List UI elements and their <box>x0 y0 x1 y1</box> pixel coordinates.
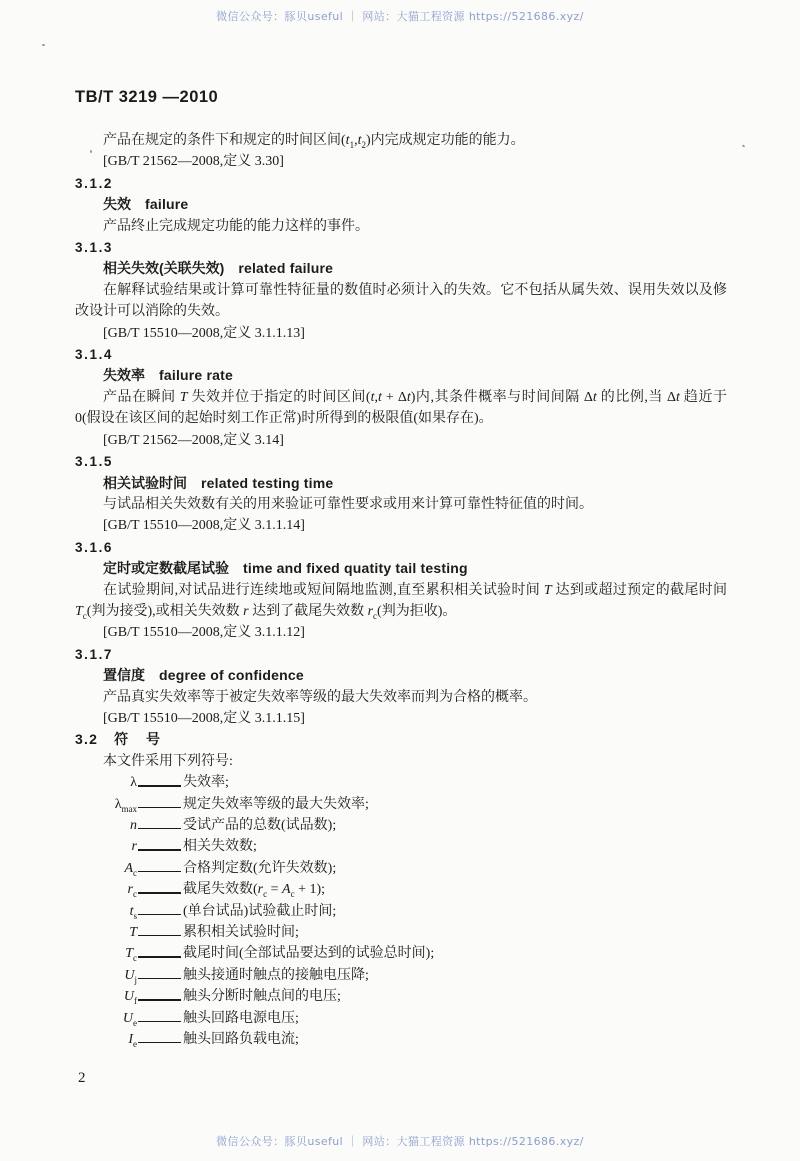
clause-number: 3.1.4 <box>75 344 727 365</box>
watermark-bottom: 微信公众号：豚贝useful ｜ 网站：大猫工程资源 https://52168… <box>0 1133 800 1149</box>
symbol-letter: n <box>130 818 137 833</box>
dash-connector <box>137 836 183 857</box>
dash-connector <box>137 943 183 964</box>
term-chinese: 失效 <box>103 196 131 212</box>
symbol: n <box>75 815 137 836</box>
scan-speck <box>42 44 45 46</box>
term-chinese: 失效率 <box>103 367 145 383</box>
symbol-definition: T累积相关试验时间; <box>75 922 727 943</box>
symbol-description: 累积相关试验时间; <box>183 922 727 943</box>
clause-number: 3.1.3 <box>75 237 727 258</box>
term-english: time and fixed quatity tail testing <box>243 560 468 576</box>
paragraph: 本文件采用下列符号: <box>75 751 727 772</box>
symbol-description: 截尾时间(全部试品要达到的试验总时间); <box>183 943 727 964</box>
dash-connector <box>137 772 183 793</box>
term-english: failure rate <box>159 367 233 383</box>
dash-connector <box>137 965 183 986</box>
source-reference: [GB/T 15510—2008,定义 3.1.1.15] <box>75 708 727 729</box>
clause-number: 3.1.7 <box>75 644 727 665</box>
scan-speck <box>742 144 746 147</box>
symbol: ts <box>75 901 137 922</box>
source-reference: [GB/T 15510—2008,定义 3.1.1.14] <box>75 515 727 536</box>
symbol-letter: λ <box>130 775 137 790</box>
dash-connector <box>137 858 183 879</box>
symbol-description: 合格判定数(允许失效数); <box>183 858 727 879</box>
symbol: r <box>75 836 137 857</box>
symbol: rc <box>75 879 137 900</box>
symbol-subscript: max <box>122 803 138 813</box>
term-english: related failure <box>238 260 333 276</box>
section-heading: 3.2符 号 <box>75 729 727 750</box>
symbol-description: 截尾失效数(rc = Ac + 1); <box>183 879 727 900</box>
symbol-letter: U <box>124 968 134 983</box>
term-english: degree of confidence <box>159 667 304 683</box>
symbol-definition: rc截尾失效数(rc = Ac + 1); <box>75 879 727 900</box>
term-chinese: 置信度 <box>103 667 145 683</box>
term-heading: 置信度degree of confidence <box>75 665 727 686</box>
symbol-description: 触头回路负载电流; <box>183 1029 727 1050</box>
symbol-description: (单台试品)试验截止时间; <box>183 901 727 922</box>
section-number: 3.2 <box>75 731 98 747</box>
dash-connector <box>137 901 183 922</box>
clause-number: 3.1.2 <box>75 173 727 194</box>
watermark-top: 微信公众号：豚贝useful ｜ 网站：大猫工程资源 https://52168… <box>0 8 800 24</box>
page-number: 2 <box>78 1070 86 1087</box>
paragraph: 产品终止完成规定功能的能力这样的事件。 <box>75 216 727 237</box>
symbol-description: 失效率; <box>183 772 727 793</box>
symbol: Ac <box>75 858 137 879</box>
symbol: Ie <box>75 1029 137 1050</box>
symbol-letter: T <box>129 925 137 940</box>
clause-number: 3.1.5 <box>75 451 727 472</box>
term-chinese: 相关失效(关联失效) <box>103 260 224 276</box>
symbol-definition: λmax规定失效率等级的最大失效率; <box>75 794 727 815</box>
symbol-definition: n受试产品的总数(试品数); <box>75 815 727 836</box>
symbol-letter: T <box>125 946 133 961</box>
symbol: Tc <box>75 943 137 964</box>
symbol-letter: U <box>124 989 134 1004</box>
document-page: 微信公众号：豚贝useful ｜ 网站：大猫工程资源 https://52168… <box>0 0 800 1161</box>
dash-connector <box>137 1029 183 1050</box>
paragraph: 产品在规定的条件下和规定的时间区间(t1,t2)内完成规定功能的能力。 <box>75 130 727 151</box>
dash-connector <box>137 1008 183 1029</box>
symbol-description: 受试产品的总数(试品数); <box>183 815 727 836</box>
term-heading: 相关失效(关联失效)related failure <box>75 258 727 279</box>
symbol-definition: Ie触头回路负载电流; <box>75 1029 727 1050</box>
source-reference: [GB/T 15510—2008,定义 3.1.1.12] <box>75 622 727 643</box>
dash-connector <box>137 794 183 815</box>
symbol-definition: Ue触头回路电源电压; <box>75 1008 727 1029</box>
symbol: Uj <box>75 965 137 986</box>
symbol-letter: U <box>123 1011 133 1026</box>
symbol: Ue <box>75 1008 137 1029</box>
term-heading: 定时或定数截尾试验time and fixed quatity tail tes… <box>75 558 727 579</box>
symbol-definition: ts(单台试品)试验截止时间; <box>75 901 727 922</box>
paragraph: 产品在瞬间 T 失效并位于指定的时间区间(t,t + Δt)内,其条件概率与时间… <box>75 387 727 430</box>
dash-connector <box>137 879 183 900</box>
symbol: Uf <box>75 986 137 1007</box>
dash-connector <box>137 815 183 836</box>
document-body: 产品在规定的条件下和规定的时间区间(t1,t2)内完成规定功能的能力。[GB/T… <box>75 130 727 1050</box>
term-chinese: 相关试验时间 <box>103 475 187 491</box>
symbol-definition: Uf触头分断时触点间的电压; <box>75 986 727 1007</box>
term-english: related testing time <box>201 475 333 491</box>
symbol-letter: A <box>124 861 133 876</box>
term-heading: 失效率failure rate <box>75 365 727 386</box>
source-reference: [GB/T 15510—2008,定义 3.1.1.13] <box>75 323 727 344</box>
symbol-definition: r相关失效数; <box>75 836 727 857</box>
term-chinese: 定时或定数截尾试验 <box>103 560 229 576</box>
symbol: λmax <box>75 794 137 815</box>
doc-number: TB/T 3219 —2010 <box>75 88 218 107</box>
paragraph: 在试验期间,对试品进行连续地或短间隔地监测,直至累积相关试验时间 T 达到或超过… <box>75 580 727 623</box>
source-reference: [GB/T 21562—2008,定义 3.30] <box>75 151 727 172</box>
paragraph: 与试品相关失效数有关的用来验证可靠性要求或用来计算可靠性特征值的时间。 <box>75 494 727 515</box>
paragraph: 产品真实失效率等于被定失效率等级的最大失效率而判为合格的概率。 <box>75 687 727 708</box>
section-title: 符 号 <box>114 731 162 747</box>
term-heading: 相关试验时间related testing time <box>75 473 727 494</box>
symbol-definition: Uj触头接通时触点的接触电压降; <box>75 965 727 986</box>
term-english: failure <box>145 196 188 212</box>
symbol-description: 触头接通时触点的接触电压降; <box>183 965 727 986</box>
source-reference: [GB/T 21562—2008,定义 3.14] <box>75 430 727 451</box>
symbol: T <box>75 922 137 943</box>
symbol-description: 触头分断时触点间的电压; <box>183 986 727 1007</box>
symbol-definition: Tc截尾时间(全部试品要达到的试验总时间); <box>75 943 727 964</box>
symbol-description: 规定失效率等级的最大失效率; <box>183 794 727 815</box>
paragraph: 在解释试验结果或计算可靠性特征量的数值时必须计入的失效。它不包括从属失效、误用失… <box>75 280 727 323</box>
symbol-definition: λ失效率; <box>75 772 727 793</box>
symbol-letter: λ <box>115 797 122 812</box>
term-heading: 失效failure <box>75 194 727 215</box>
symbol-definition: Ac合格判定数(允许失效数); <box>75 858 727 879</box>
symbol-description: 相关失效数; <box>183 836 727 857</box>
symbol: λ <box>75 772 137 793</box>
clause-number: 3.1.6 <box>75 537 727 558</box>
dash-connector <box>137 922 183 943</box>
dash-connector <box>137 986 183 1007</box>
symbol-description: 触头回路电源电压; <box>183 1008 727 1029</box>
